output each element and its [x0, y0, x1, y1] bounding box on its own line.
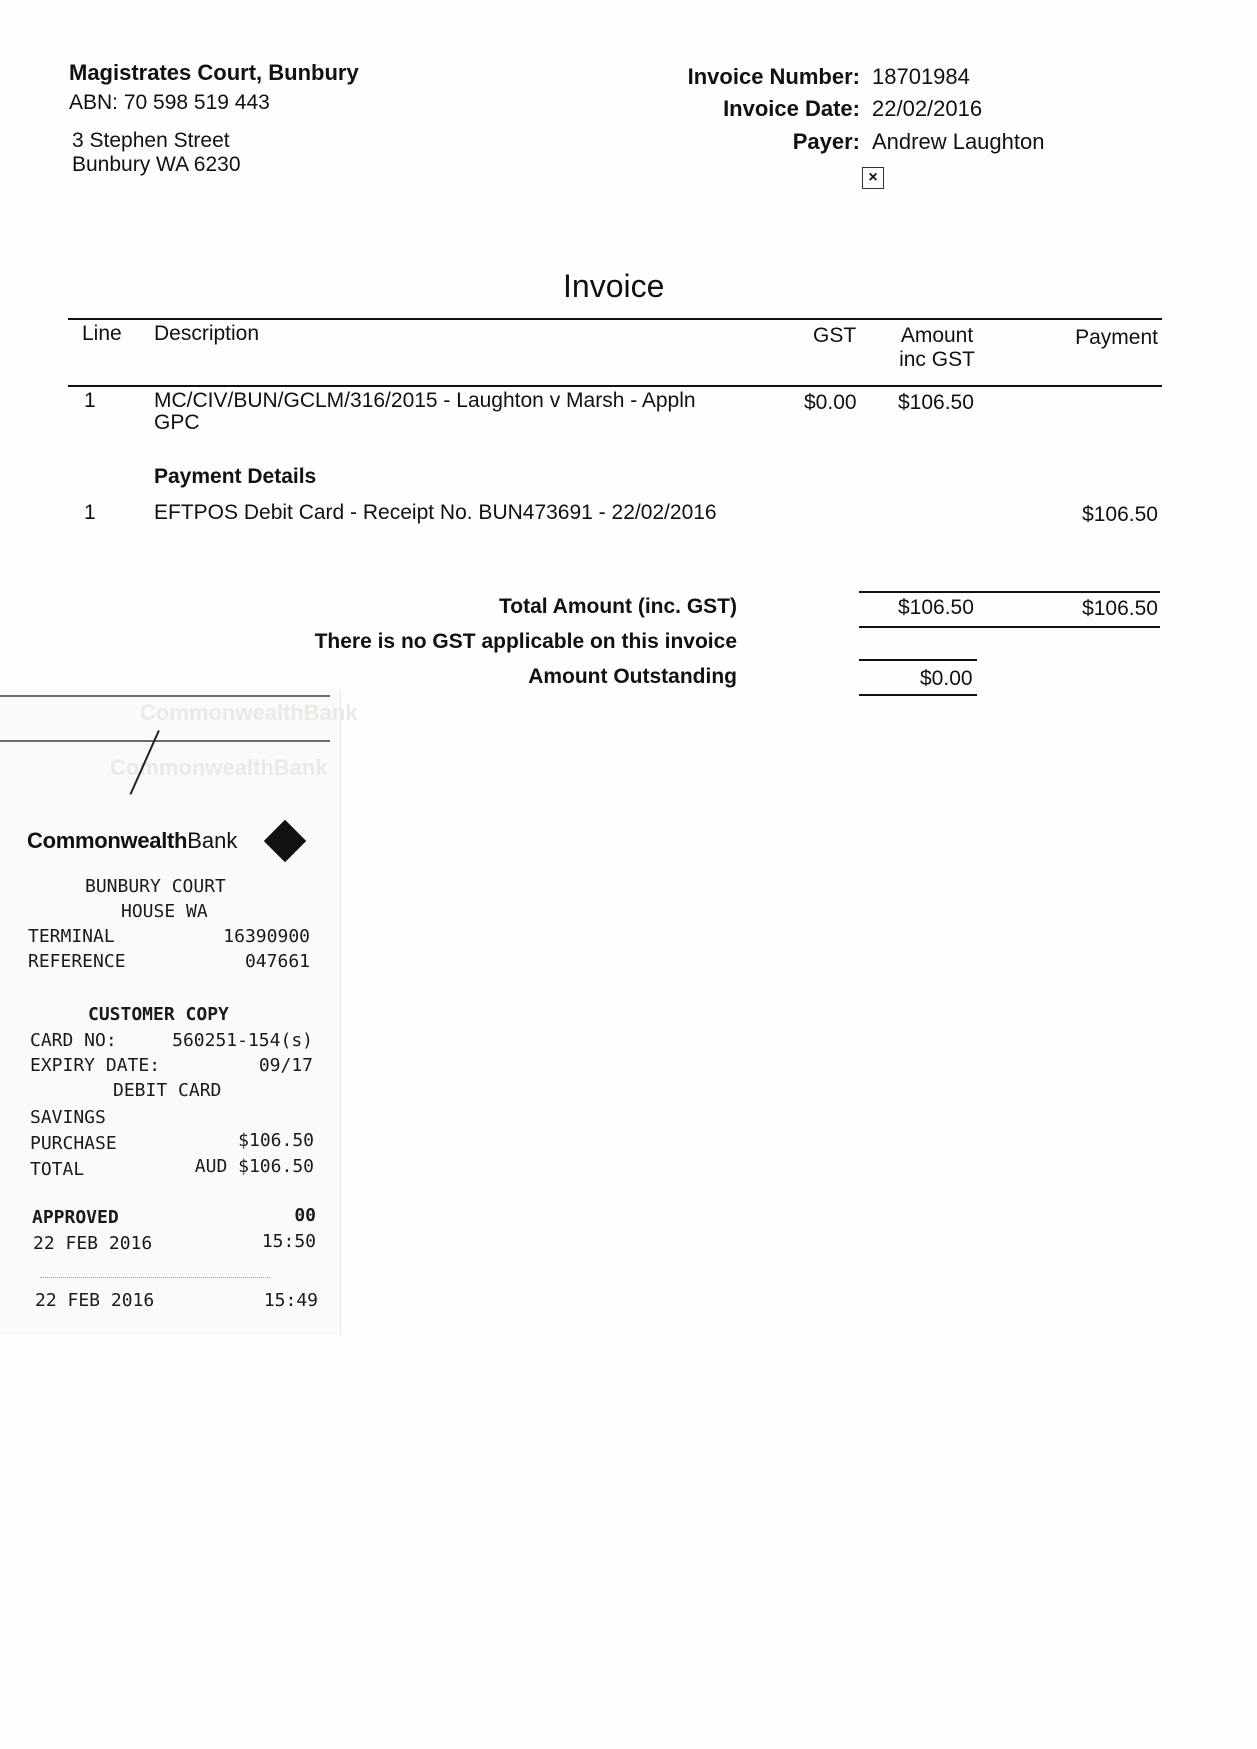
- receipt-expiry: 09/17: [259, 1055, 313, 1076]
- issuer-name: Magistrates Court, Bunbury: [69, 60, 359, 86]
- receipt-tear-second: [0, 740, 330, 742]
- receipt-purchase: $106.50: [238, 1130, 314, 1151]
- receipt-total: AUD $106.50: [195, 1156, 314, 1177]
- receipt-account: SAVINGS: [30, 1107, 106, 1128]
- outstanding-top-rule: [859, 659, 977, 661]
- total-label: Total Amount (inc. GST): [499, 595, 737, 619]
- bank-logo-text: CommonwealthBank: [27, 828, 237, 854]
- outstanding-amount: $0.00: [920, 667, 973, 691]
- header-payment: Payment: [1075, 326, 1158, 350]
- issuer-abn: ABN: 70 598 519 443: [69, 91, 270, 115]
- receipt-reference-label: REFERENCE: [28, 951, 126, 972]
- bank-name-light: Bank: [187, 828, 237, 853]
- invoice-date: 22/02/2016: [872, 96, 982, 122]
- gst-note: There is no GST applicable on this invoi…: [315, 630, 737, 654]
- receipt-approved-date: 22 FEB 2016: [33, 1233, 152, 1254]
- invoice-number: 18701984: [872, 64, 970, 90]
- receipt-approved-time: 15:50: [262, 1231, 316, 1252]
- payment-description: EFTPOS Debit Card - Receipt No. BUN47369…: [154, 501, 717, 525]
- header-description: Description: [154, 322, 259, 346]
- issuer-address-line1: 3 Stephen Street: [72, 129, 230, 153]
- row-gst: $0.00: [804, 391, 857, 415]
- payer-label: Payer:: [793, 129, 860, 155]
- receipt-card-no: 560251-154(s): [172, 1030, 313, 1051]
- row-line: 1: [84, 389, 96, 413]
- payment-details-heading: Payment Details: [154, 465, 316, 489]
- close-checkbox-icon[interactable]: ×: [862, 167, 884, 189]
- row-description-line1: MC/CIV/BUN/GCLM/316/2015 - Laughton v Ma…: [154, 389, 696, 413]
- header-line: Line: [82, 322, 122, 346]
- receipt-ghost-logo: CommonwealthBank: [140, 700, 358, 726]
- outstanding-bottom-rule: [859, 694, 977, 696]
- receipt-footer-time: 15:49: [264, 1290, 318, 1311]
- payer-name: Andrew Laughton: [872, 129, 1044, 155]
- receipt-terminal: 16390900: [223, 926, 310, 947]
- header-amount-line1: Amount: [886, 324, 988, 348]
- total-amount: $106.50: [898, 596, 974, 620]
- invoice-date-label: Invoice Date:: [723, 96, 860, 122]
- receipt-copy-label: CUSTOMER COPY: [88, 1004, 229, 1025]
- receipt-total-label: TOTAL: [30, 1159, 84, 1180]
- receipt-faded-line: [40, 1277, 270, 1278]
- receipt-merchant-line1: BUNBURY COURT: [85, 876, 226, 897]
- receipt-card-no-label: CARD NO:: [30, 1030, 117, 1051]
- outstanding-label: Amount Outstanding: [528, 665, 737, 689]
- bank-name-bold: Commonwealth: [27, 828, 187, 853]
- totals-bottom-rule: [859, 626, 1160, 628]
- total-payment: $106.50: [1082, 597, 1158, 621]
- table-header-rule: [68, 385, 1162, 387]
- header-gst: GST: [813, 324, 856, 348]
- invoice-title: Invoice: [563, 268, 664, 305]
- row-description-line2: GPC: [154, 411, 200, 435]
- receipt-card-type: DEBIT CARD: [113, 1080, 221, 1101]
- receipt-expiry-label: EXPIRY DATE:: [30, 1055, 160, 1076]
- receipt-purchase-label: PURCHASE: [30, 1133, 117, 1154]
- invoice-number-label: Invoice Number:: [688, 64, 860, 90]
- table-top-rule: [68, 318, 1162, 320]
- receipt-approved-code: 00: [294, 1205, 316, 1226]
- receipt-tear-top: [0, 695, 330, 697]
- header-amount-line2: inc GST: [886, 348, 988, 372]
- issuer-address-line2: Bunbury WA 6230: [72, 153, 241, 177]
- receipt-terminal-label: TERMINAL: [28, 926, 115, 947]
- receipt-approved-label: APPROVED: [32, 1207, 119, 1228]
- totals-top-rule: [859, 591, 1160, 593]
- receipt-reference: 047661: [245, 951, 310, 972]
- payment-amount: $106.50: [1082, 503, 1158, 527]
- payment-line: 1: [84, 501, 96, 525]
- receipt-merchant-line2: HOUSE WA: [121, 901, 208, 922]
- receipt-footer-date: 22 FEB 2016: [35, 1290, 154, 1311]
- row-amount: $106.50: [898, 391, 974, 415]
